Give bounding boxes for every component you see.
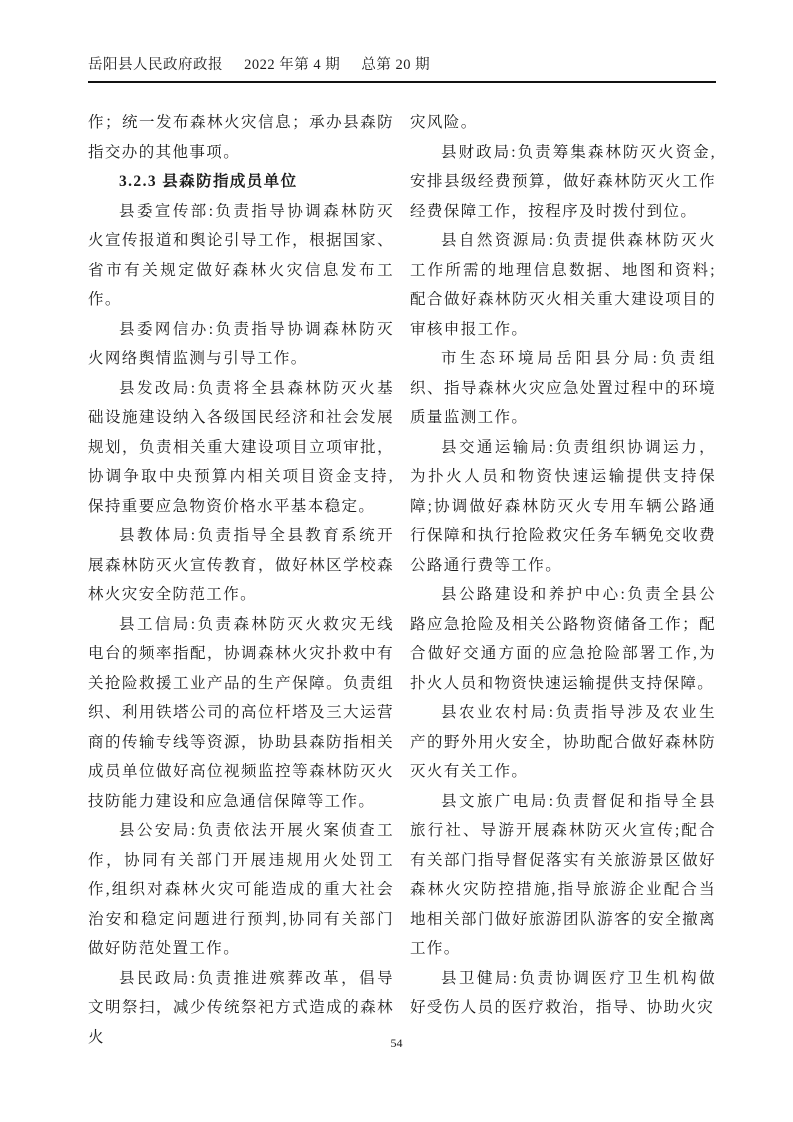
paragraph: 县发改局:负责将全县森林防灭火基础设施建设纳入各级国民经济和社会发展规划，负责相… [88,374,394,522]
paragraph: 县自然资源局:负责提供森林防灭火工作所需的地理信息数据、地图和资料;配合做好森林… [410,226,716,344]
paragraph: 县工信局:负责森林防灭火救灾无线电台的频率指配，协调森林火灾扑救中有关抢险救援工… [88,610,394,817]
paragraph: 县委网信办:负责指导协调森林防灭火网络舆情监测与引导工作。 [88,315,394,374]
paragraph: 县农业农村局:负责指导涉及农业生产的野外用火安全，协助配合做好森林防灭火有关工作… [410,698,716,787]
paragraph: 灾风险。 [410,108,716,138]
gazette-page: 岳阳县人民政府政报 2022 年第 4 期 总第 20 期 作；统一发布森林火灾… [0,0,793,1122]
page-number: 54 [0,1036,793,1051]
issue-number: 2022 年第 4 期 [244,57,340,73]
section-heading: 3.2.3 县森防指成员单位 [88,167,394,197]
paragraph: 县公安局:负责依法开展火案侦查工作，协同有关部门开展违规用火处罚工作,组织对森林… [88,816,394,964]
right-column: 灾风险。县财政局:负责筹集森林防灭火资金,安排县级经费预算，做好森林防灭火工作经… [410,108,716,1052]
paragraph: 县卫健局:负责协调医疗卫生机构做好受伤人员的医疗救治，指导、协助火灾 [410,964,716,1023]
paragraph: 市生态环境局岳阳县分局:负责组织、指导森林火灾应急处置过程中的环境质量监测工作。 [410,344,716,433]
paragraph: 县公路建设和养护中心:负责全县公路应急抢险及相关公路物资储备工作；配合做好交通方… [410,580,716,698]
total-issue-number: 总第 20 期 [361,57,430,73]
paragraph: 县交通运输局:负责组织协调运力，为扑火人员和物资快速运输提供支持保障;协调做好森… [410,433,716,581]
two-column-body: 作；统一发布森林火灾信息；承办县森防指交办的其他事项。3.2.3 县森防指成员单… [88,108,716,1052]
paragraph: 县财政局:负责筹集森林防灭火资金,安排县级经费预算，做好森林防灭火工作经费保障工… [410,138,716,227]
left-column: 作；统一发布森林火灾信息；承办县森防指交办的其他事项。3.2.3 县森防指成员单… [88,108,394,1052]
page-header: 岳阳县人民政府政报 2022 年第 4 期 总第 20 期 [88,53,716,83]
paragraph: 县委宣传部:负责指导协调森林防灭火宣传报道和舆论引导工作，根据国家、省市有关规定… [88,197,394,315]
paragraph: 县文旅广电局:负责督促和指导全县旅行社、导游开展森林防灭火宣传;配合有关部门指导… [410,787,716,964]
paragraph: 县教体局:负责指导全县教育系统开展森林防灭火宣传教育，做好林区学校森林火灾安全防… [88,521,394,610]
paragraph: 作；统一发布森林火灾信息；承办县森防指交办的其他事项。 [88,108,394,167]
gazette-title: 岳阳县人民政府政报 [88,57,223,73]
